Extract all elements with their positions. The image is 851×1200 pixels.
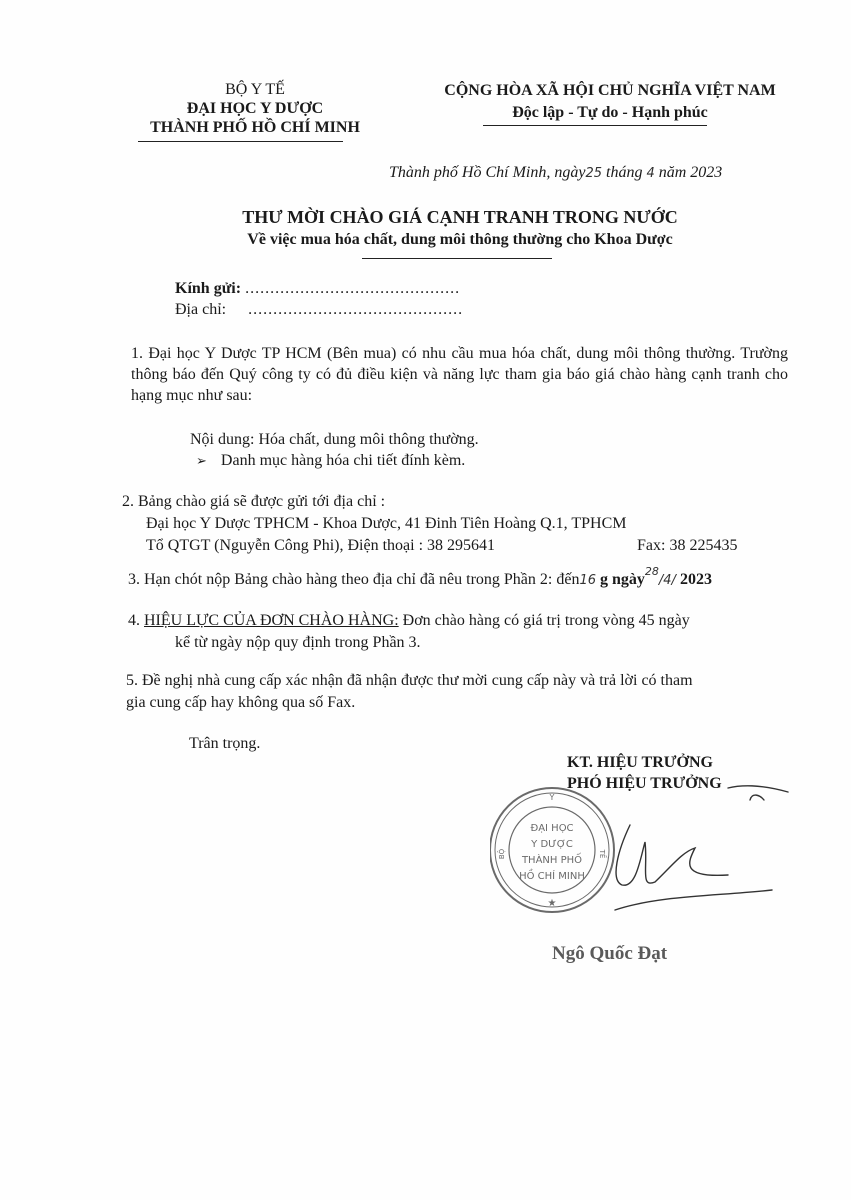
section-1-bullet: ➢ Danh mục hàng hóa chi tiết đính kèm. xyxy=(196,450,465,472)
seal-star-icon: ★ xyxy=(548,898,557,909)
nation-name: CỘNG HÒA XÃ HỘI CHỦ NGHĨA VIỆT NAM xyxy=(420,80,800,102)
section-1-text: 1. Đại học Y Dược TP HCM (Bên mua) có nh… xyxy=(131,343,788,406)
date-line: Thành phố Hồ Chí Minh, ngày25 tháng 4 nă… xyxy=(389,164,722,182)
closing-greeting: Trân trọng. xyxy=(189,733,260,754)
seal-left-text: BỘ xyxy=(497,848,506,859)
section-4-line2: kể từ ngày nộp quy định trong Phần 3. xyxy=(175,632,421,653)
university-name-line1: ĐẠI HỌC Y DƯỢC xyxy=(130,99,380,118)
section-4-number: 4. xyxy=(128,612,140,629)
recipient-label: Kính gửi: xyxy=(175,280,241,297)
section-2-contact: Tổ QTGT (Nguyễn Công Phi), Điện thoại : … xyxy=(146,535,495,556)
deadline-hour-handwritten: 16 xyxy=(579,573,596,588)
validity-text: Đơn chào hàng có giá trị trong vòng 45 n… xyxy=(403,612,690,629)
ministry-name: BỘ Y TẾ xyxy=(130,80,380,99)
arrow-bullet-icon: ➢ xyxy=(196,454,207,469)
date-month-handwritten: 4 xyxy=(646,166,654,181)
recipient-blank: ........................................… xyxy=(245,280,460,297)
seal-icon xyxy=(490,788,614,912)
title-subject: Về việc mua hóa chất, dung môi thông thư… xyxy=(150,229,770,251)
section-4-line1: 4. HIỆU LỰC CỦA ĐƠN CHÀO HÀNG: Đơn chào … xyxy=(128,610,690,631)
seal-line-4: HỒ CHÍ MINH xyxy=(519,868,585,882)
date-prefix: Thành phố Hồ Chí Minh, ngày xyxy=(389,164,585,181)
seal-line-1: ĐẠI HỌC xyxy=(530,823,573,834)
address-label: Địa chỉ: xyxy=(175,301,226,318)
university-name-line2: THÀNH PHỐ HỒ CHÍ MINH xyxy=(130,118,380,137)
seal-line-3: THÀNH PHỐ xyxy=(521,852,582,866)
deadline-year: 2023 xyxy=(680,571,712,588)
section-2-address: Đại học Y Dược TPHCM - Khoa Dược, 41 Đin… xyxy=(146,513,626,534)
motto-underline xyxy=(483,125,707,126)
national-motto: Độc lập - Tự do - Hạnh phúc xyxy=(420,102,800,124)
recipient-address-row: Địa chỉ: ...............................… xyxy=(175,299,463,320)
document-title: THƯ MỜI CHÀO GIÁ CẠNH TRANH TRONG NƯỚC V… xyxy=(150,205,770,251)
deadline-month-handwritten: /4/ xyxy=(659,573,676,588)
section-5-line1: 5. Đề nghị nhà cung cấp xác nhận đã nhận… xyxy=(126,670,693,691)
issuer-underline xyxy=(138,141,343,142)
official-seal-and-signature: Y ĐẠI HỌC Y DƯỢC THÀNH PHỐ HỒ CHÍ MINH ★… xyxy=(490,770,800,940)
attachment-note: Danh mục hàng hóa chi tiết đính kèm. xyxy=(221,452,465,469)
validity-heading: HIỆU LỰC CỦA ĐƠN CHÀO HÀNG: xyxy=(144,612,399,629)
address-blank: ........................................… xyxy=(248,301,463,318)
deadline-hour-suffix: g ngày xyxy=(600,571,645,588)
deadline-day-handwritten: 28 xyxy=(645,565,659,578)
subject-underline xyxy=(362,258,552,259)
national-header: CỘNG HÒA XÃ HỘI CHỦ NGHĨA VIỆT NAM Độc l… xyxy=(420,80,800,124)
section-1-content: Nội dung: Hóa chất, dung môi thông thườn… xyxy=(190,429,479,450)
seal-right-text: TẾ xyxy=(598,849,608,859)
deadline-text: 3. Hạn chót nộp Bảng chào hàng theo địa … xyxy=(128,571,579,588)
seal-line-2: Y DƯỢC xyxy=(530,839,573,850)
recipient-to-row: Kính gửi: ..............................… xyxy=(175,278,460,299)
section-3-deadline: 3. Hạn chót nộp Bảng chào hàng theo địa … xyxy=(128,569,712,591)
section-5-line2: gia cung cấp hay không qua số Fax. xyxy=(126,692,355,713)
date-day-handwritten: 25 xyxy=(585,166,602,181)
title-main: THƯ MỜI CHÀO GIÁ CẠNH TRANH TRONG NƯỚC xyxy=(150,205,770,229)
date-month-label: tháng xyxy=(606,164,642,181)
issuer-header: BỘ Y TẾ ĐẠI HỌC Y DƯỢC THÀNH PHỐ HỒ CHÍ … xyxy=(130,80,380,137)
date-year: năm 2023 xyxy=(659,164,723,181)
section-2-heading: 2. Bảng chào giá sẽ được gửi tới địa chỉ… xyxy=(122,491,385,512)
signer-name: Ngô Quốc Đạt xyxy=(552,943,667,965)
handwritten-signature-icon xyxy=(615,786,788,910)
section-2-fax: Fax: 38 225435 xyxy=(637,535,737,556)
seal-top-text: Y xyxy=(549,793,555,802)
